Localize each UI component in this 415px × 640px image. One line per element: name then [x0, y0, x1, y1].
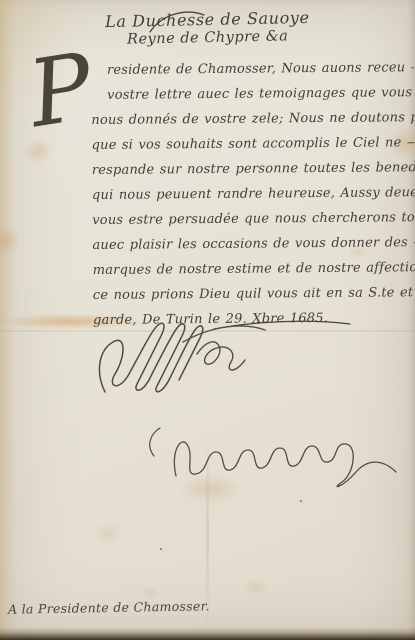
body-line: auec plaisir les occasions de vous donne… [0, 230, 415, 259]
body-line: vostre lettre auec les temoignages que v… [0, 80, 414, 109]
address-line: A la Presidente de Chamosser. [8, 598, 210, 617]
body-line: respande sur nostre personne toutes les … [0, 155, 415, 184]
letter-page: La Duchesse de Sauoye Reyne de Chypre &a… [0, 0, 415, 640]
stain-spot [94, 522, 122, 544]
body-line: nous donnés de vostre zele; Nous ne dout… [0, 105, 414, 134]
letter-body: residente de Chamosser, Nous auons receu… [0, 55, 415, 334]
signature-secretary [130, 420, 405, 490]
body-line: marques de nostre estime et de nostre af… [1, 255, 415, 284]
stain-spot [244, 578, 268, 596]
body-line: qui nous peuuent randre heureuse, Aussy … [0, 180, 415, 209]
body-line: vous estre persuadée que nous chercheron… [0, 205, 415, 234]
ink-fleck [160, 548, 162, 550]
stain-spot [140, 586, 160, 600]
ink-fleck [300, 500, 302, 502]
signature-duchess [95, 308, 270, 398]
body-line: residente de Chamosser, Nous auons receu… [0, 55, 414, 84]
paper-bottom-edge [0, 627, 415, 640]
body-line: que si vos souhaits sont accomplis le Ci… [0, 130, 415, 159]
body-line: ce nous prions Dieu quil vous ait en sa … [1, 280, 415, 309]
